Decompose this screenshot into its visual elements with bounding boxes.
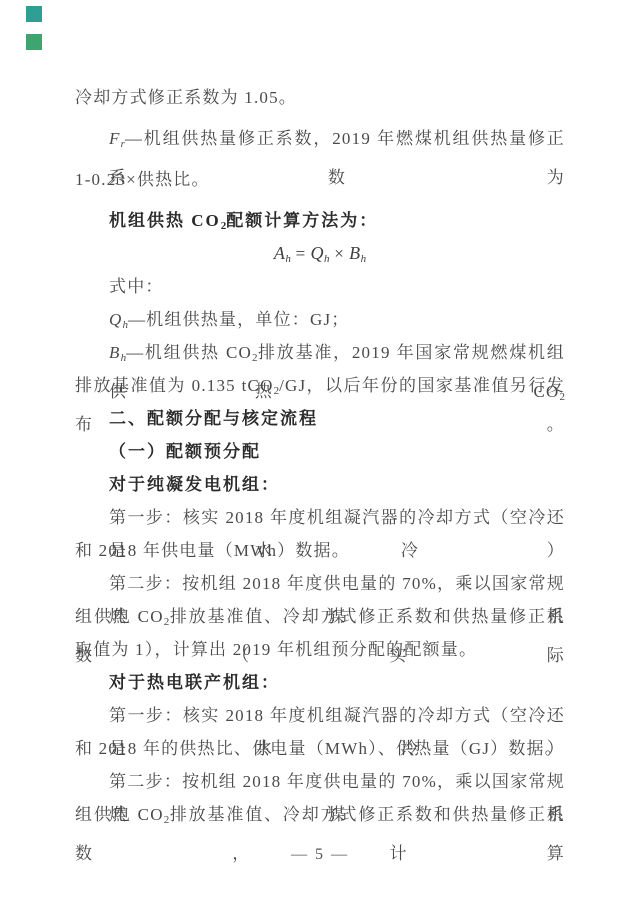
text-line: 组供电 CO2排放基准值、冷却方式修正系数和供热量修正系数，计算 <box>75 798 565 831</box>
chemical-formula: CO2 <box>226 343 258 362</box>
math-variable: Qh <box>311 243 330 263</box>
math-variable: Ah <box>274 243 291 263</box>
text-line: 式中： <box>75 270 565 303</box>
text-line: 和 2018 年的供热比、供电量（MWh）、供热量（GJ）数据。 <box>75 732 565 765</box>
text-line: 组供电 CO2排放基准值、冷却方式修正系数和供热量修正系数（实际 <box>75 600 565 633</box>
page-number: — 5 — <box>75 838 565 871</box>
text-line: 第二步：按机组 2018 年度供电量的 70%，乘以国家常规燃煤机 <box>75 567 565 600</box>
heading-line: 机组供热 CO2配额计算方法为： <box>75 204 565 237</box>
math-variable: Bh <box>109 343 126 362</box>
text-line: 第一步：核实 2018 年度机组凝汽器的冷却方式（空冷还是水冷） <box>75 501 565 534</box>
chemical-formula: CO2 <box>138 805 170 824</box>
document-page: 冷却方式修正系数为 1.05。Fr—机组供热量修正系数，2019 年燃煤机组供热… <box>0 0 640 905</box>
formula-line: Ah = Qh × Bh <box>75 237 565 270</box>
heading-line: 对于纯凝发电机组： <box>75 468 565 501</box>
teal-square-bottom <box>26 34 42 50</box>
text-line: 第一步：核实 2018 年度机组凝汽器的冷却方式（空冷还是水冷） <box>75 699 565 732</box>
page-footer: — 5 — <box>75 838 565 871</box>
text-line: Qh—机组供热量，单位：GJ； <box>75 303 565 336</box>
text-line: 第二步：按机组 2018 年度供电量的 70%，乘以国家常规燃煤机 <box>75 765 565 798</box>
text-line: 冷却方式修正系数为 1.05。 <box>75 81 565 114</box>
chemical-formula: CO2 <box>248 376 280 395</box>
chemical-formula: CO2 <box>138 607 170 626</box>
math-variable: Fr <box>109 129 125 148</box>
math-variable: Qh <box>109 310 128 329</box>
text-line: Bh—机组供热 CO2排放基准，2019 年国家常规燃煤机组供热 CO2 <box>75 336 565 369</box>
text-line: 排放基准值为 0.135 tCO2/GJ，以后年份的国家基准值另行发布。 <box>75 369 565 402</box>
document-body: 冷却方式修正系数为 1.05。Fr—机组供热量修正系数，2019 年燃煤机组供热… <box>75 81 565 831</box>
corner-marks <box>26 6 42 62</box>
chemical-formula: CO2 <box>191 211 226 230</box>
text-line: Fr—机组供热量修正系数，2019 年燃煤机组供热量修正系数为 <box>75 122 565 155</box>
teal-square-top <box>26 6 42 22</box>
math-variable: Bh <box>349 243 366 263</box>
